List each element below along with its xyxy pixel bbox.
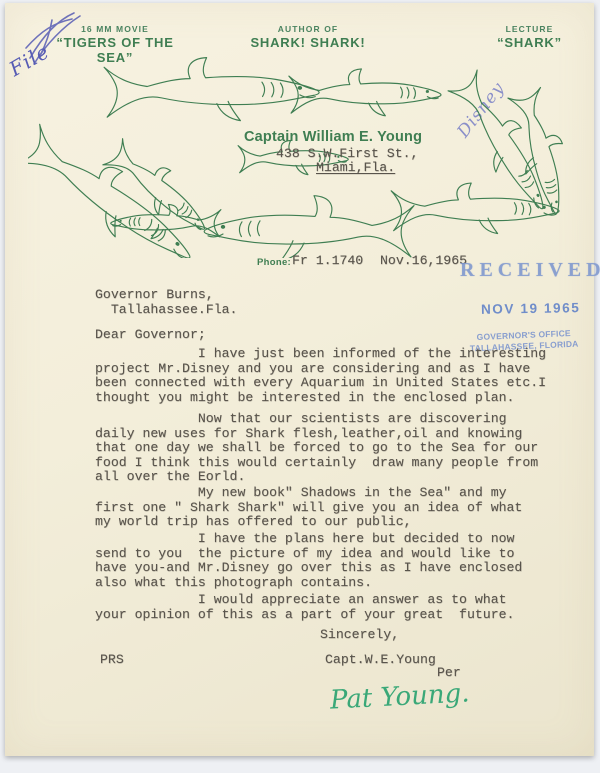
- received-stamp: RECEIVED: [460, 259, 600, 281]
- salutation: Dear Governor;: [95, 328, 206, 343]
- shark-icon: [28, 117, 208, 258]
- shark-icon: [204, 196, 414, 258]
- author-of-label: AUTHOR OF: [228, 24, 388, 34]
- shark-icon: [111, 204, 221, 238]
- body-paragraph-2: Now that our scientists are discovering …: [95, 412, 538, 485]
- phone-number: Fr 1.1740: [292, 254, 363, 269]
- closing: Sincerely,: [320, 628, 399, 643]
- recipient-address: Governor Burns, Tallahassee.Fla.: [95, 288, 237, 317]
- shark-icon: [391, 183, 559, 233]
- lecture-label: LECTURE: [462, 24, 597, 34]
- letterhead-name: Captain William E. Young: [244, 129, 422, 145]
- typist-initials: PRS: [100, 653, 124, 668]
- scanned-letter: 16 MM MOVIE “TIGERS OF THE SEA” AUTHOR O…: [0, 0, 600, 773]
- lecture-title: “SHARK”: [462, 35, 597, 50]
- signed-name: Capt.W.E.Young: [325, 653, 436, 668]
- body-paragraph-4: I have the plans here but decided to now…: [95, 532, 522, 590]
- phone-label: Phone:: [257, 257, 291, 268]
- book-title: SHARK! SHARK!: [228, 35, 388, 50]
- letterhead-address-city: Miami,Fla.: [316, 161, 395, 176]
- letterhead-book-block: AUTHOR OF SHARK! SHARK!: [228, 24, 388, 50]
- body-paragraph-1: I have just been informed of the interes…: [95, 347, 546, 405]
- body-paragraph-5: I would appreciate an answer as to what …: [95, 593, 514, 622]
- received-date-stamp: NOV 19 1965: [481, 300, 581, 317]
- letterhead-lecture-block: LECTURE “SHARK”: [462, 24, 597, 50]
- shark-icon: [104, 58, 319, 121]
- shark-icon: [289, 69, 441, 116]
- letter-date: Nov.16,1965: [380, 254, 467, 269]
- body-paragraph-3: My new book" Shadows in the Sea" and my …: [95, 486, 522, 530]
